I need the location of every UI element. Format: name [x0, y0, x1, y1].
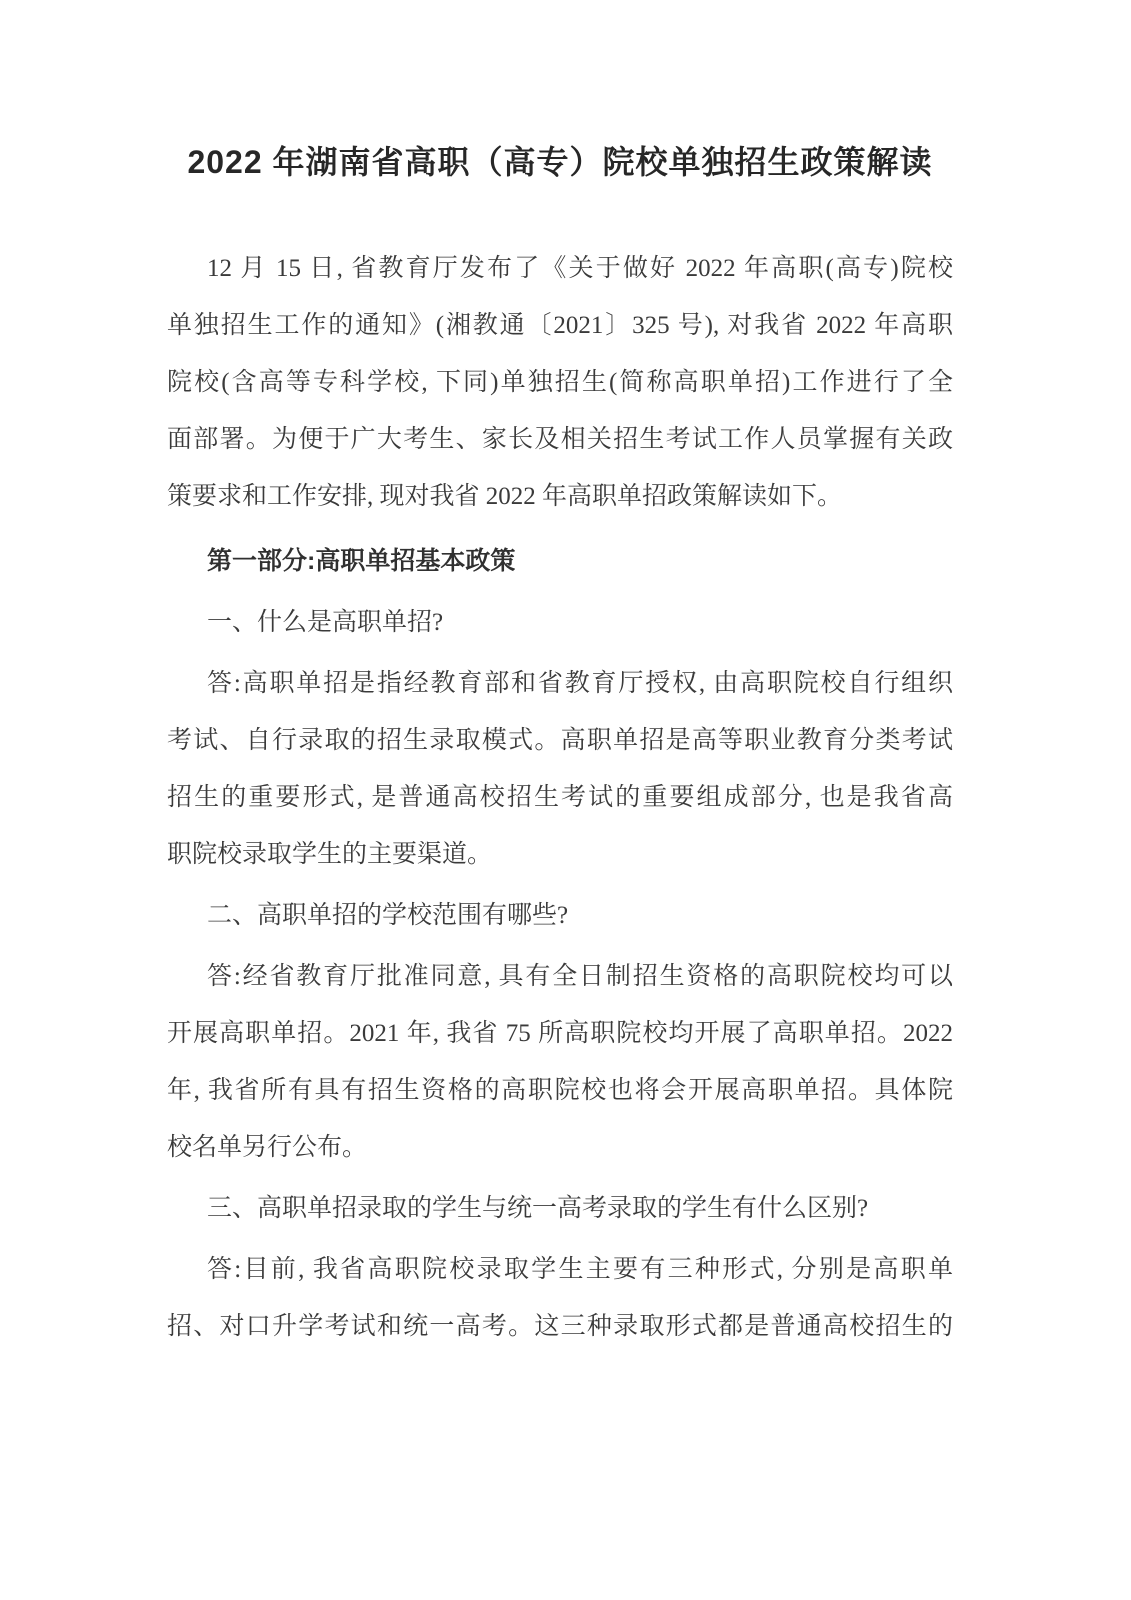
question-heading: 一、什么是高职单招? [167, 594, 953, 651]
text-line: 开展高职单招。2021 年, 我省 75 所高职院校均开展了高职单招。2022 [167, 1005, 953, 1062]
question-heading: 三、高职单招录取的学生与统一高考录取的学生有什么区别? [167, 1180, 953, 1237]
question-heading: 二、高职单招的学校范围有哪些? [167, 887, 953, 944]
text-line: 答:高职单招是指经教育部和省教育厅授权, 由高职院校自行组织 [167, 655, 953, 712]
answer-paragraph: 答:经省教育厅批准同意, 具有全日制招生资格的高职院校均可以开展高职单招。202… [167, 948, 953, 1176]
text-line: 12 月 15 日, 省教育厅发布了《关于做好 2022 年高职(高专)院校 [167, 240, 953, 297]
document-page: 2022 年湖南省高职（高专）院校单独招生政策解读 12 月 15 日, 省教育… [0, 0, 1131, 1600]
text-line: 校名单另行公布。 [167, 1119, 953, 1176]
text-line: 招生的重要形式, 是普通高校招生考试的重要组成部分, 也是我省高 [167, 769, 953, 826]
text-line: 年, 我省所有具有招生资格的高职院校也将会开展高职单招。具体院 [167, 1062, 953, 1119]
text-line: 策要求和工作安排, 现对我省 2022 年高职单招政策解读如下。 [167, 468, 953, 525]
text-line: 三、高职单招录取的学生与统一高考录取的学生有什么区别? [167, 1180, 953, 1237]
document-content-column: 2022 年湖南省高职（高专）院校单独招生政策解读 12 月 15 日, 省教育… [167, 0, 953, 1355]
text-line: 二、高职单招的学校范围有哪些? [167, 887, 953, 944]
text-line: 面部署。为便于广大考生、家长及相关招生考试工作人员掌握有关政 [167, 411, 953, 468]
text-line: 考试、自行录取的招生录取模式。高职单招是高等职业教育分类考试 [167, 712, 953, 769]
text-line: 职院校录取学生的主要渠道。 [167, 826, 953, 883]
section-heading: 第一部分:高职单招基本政策 [167, 533, 953, 590]
paragraph: 12 月 15 日, 省教育厅发布了《关于做好 2022 年高职(高专)院校单独… [167, 240, 953, 525]
text-line: 一、什么是高职单招? [167, 594, 953, 651]
text-line: 招、对口升学考试和统一高考。这三种录取形式都是普通高校招生的 [167, 1298, 953, 1355]
document-body: 12 月 15 日, 省教育厅发布了《关于做好 2022 年高职(高专)院校单独… [167, 240, 953, 1355]
text-line: 院校(含高等专科学校, 下同)单独招生(简称高职单招)工作进行了全 [167, 354, 953, 411]
text-line: 答:目前, 我省高职院校录取学生主要有三种形式, 分别是高职单 [167, 1241, 953, 1298]
answer-paragraph: 答:高职单招是指经教育部和省教育厅授权, 由高职院校自行组织考试、自行录取的招生… [167, 655, 953, 883]
document-title: 2022 年湖南省高职（高专）院校单独招生政策解读 [167, 141, 953, 183]
text-line: 第一部分:高职单招基本政策 [167, 533, 953, 590]
text-line: 答:经省教育厅批准同意, 具有全日制招生资格的高职院校均可以 [167, 948, 953, 1005]
text-line: 单独招生工作的通知》(湘教通〔2021〕325 号), 对我省 2022 年高职 [167, 297, 953, 354]
answer-paragraph: 答:目前, 我省高职院校录取学生主要有三种形式, 分别是高职单招、对口升学考试和… [167, 1241, 953, 1355]
